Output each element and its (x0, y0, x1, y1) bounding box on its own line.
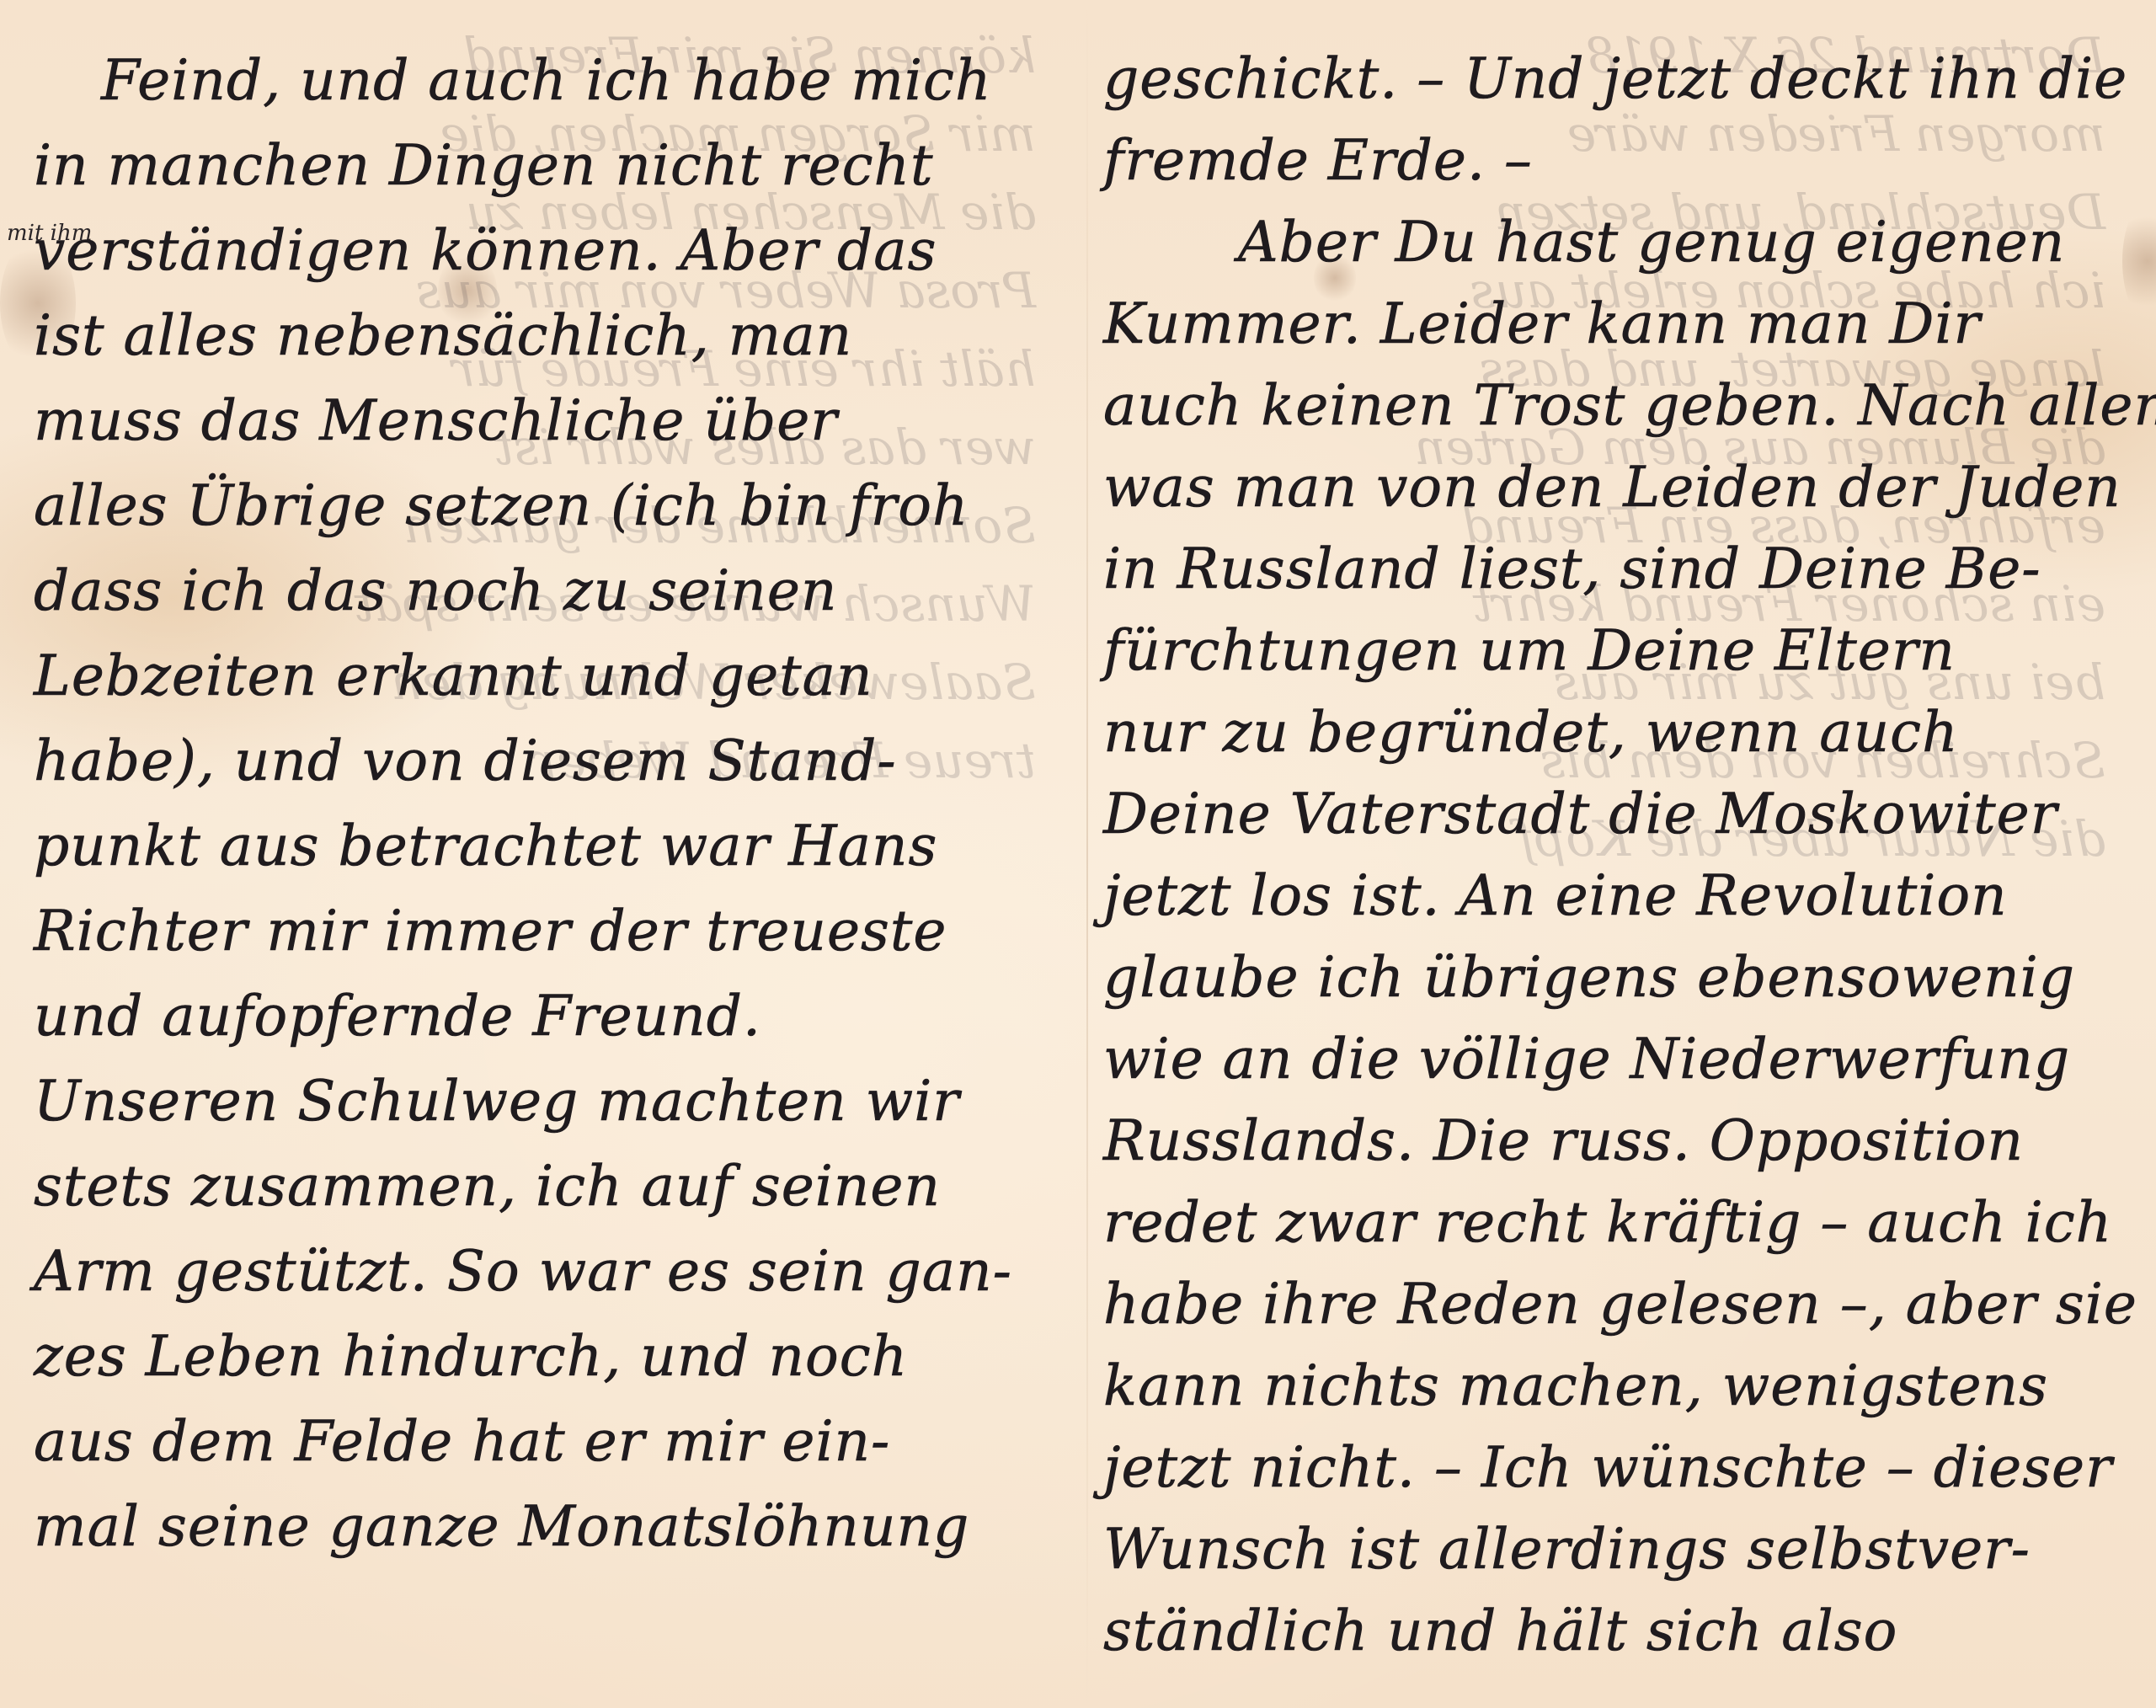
text-line: Wunsch ist allerdings selbstver- (1103, 1508, 2131, 1590)
text-line: zes Leben hindurch, und noch (34, 1314, 1061, 1399)
text-line: fremde Erde. – (1103, 120, 2131, 201)
text-line: stets zusammen, ich auf seinen (34, 1144, 1061, 1229)
text-line: Feind, und auch ich habe mich (34, 38, 1061, 123)
text-line: mal seine ganze Monatslöhnung (34, 1484, 1061, 1569)
letter-sheet: Dortmund 26 X 1918 morgen Frieden wäre D… (0, 0, 2156, 1708)
text-line: habe ihre Reden gelesen –, aber sie (1103, 1263, 2131, 1345)
text-line: aus dem Felde hat er mir ein- (34, 1399, 1061, 1484)
text-line: fürchtungen um Deine Eltern (1103, 610, 2131, 691)
text-line: in manchen Dingen nicht recht (34, 123, 1061, 208)
text-line: verständigen können. Aber das (34, 208, 1061, 293)
text-line: jetzt nicht. – Ich wünschte – dieser (1103, 1427, 2131, 1508)
text-line: ständlich und hält sich also (1103, 1590, 2131, 1672)
text-line: habe), und von diesem Stand- (34, 718, 1061, 803)
text-line: redet zwar recht kräftig – auch ich (1103, 1182, 2131, 1263)
text-line: geschickt. – Und jetzt deckt ihn die (1103, 38, 2131, 120)
text-line: Aber Du hast genug eigenen (1103, 201, 2131, 283)
paper-fold (1086, 0, 1088, 1708)
text-line: glaube ich übrigens ebensowenig (1103, 937, 2131, 1018)
text-line: jetzt los ist. An eine Revolution (1103, 855, 2131, 937)
right-column: geschickt. – Und jetzt deckt ihn die fre… (1103, 38, 2131, 1672)
text-line: Russlands. Die russ. Opposition (1103, 1100, 2131, 1182)
text-line: ist alles nebensächlich, man (34, 293, 1061, 378)
text-line: Richter mir immer der treueste (34, 889, 1061, 974)
text-line: Unseren Schulweg machten wir (34, 1059, 1061, 1144)
text-line: auch keinen Trost geben. Nach allem, (1103, 365, 2131, 446)
text-line: wie an die völlige Niederwerfung (1103, 1018, 2131, 1100)
text-line: Deine Vaterstadt die Moskowiter (1103, 773, 2131, 855)
text-line: dass ich das noch zu seinen (34, 548, 1061, 633)
text-line: und aufopfernde Freund. (34, 974, 1061, 1059)
text-line: Lebzeiten erkannt und getan (34, 633, 1061, 718)
text-line: punkt aus betrachtet war Hans (34, 803, 1061, 889)
text-line: muss das Menschliche über (34, 378, 1061, 463)
text-line: kann nichts machen, wenigstens (1103, 1345, 2131, 1427)
text-line: alles Übrige setzen (ich bin froh (34, 463, 1061, 548)
text-line: Arm gestützt. So war es sein gan- (34, 1229, 1061, 1314)
text-line: Kummer. Leider kann man Dir (1103, 283, 2131, 365)
text-line: in Russland liest, sind Deine Be- (1103, 528, 2131, 610)
text-line: nur zu begründet, wenn auch (1103, 691, 2131, 773)
left-column: Feind, und auch ich habe mich in manchen… (34, 38, 1061, 1569)
text-line: was man von den Leiden der Juden (1103, 446, 2131, 528)
